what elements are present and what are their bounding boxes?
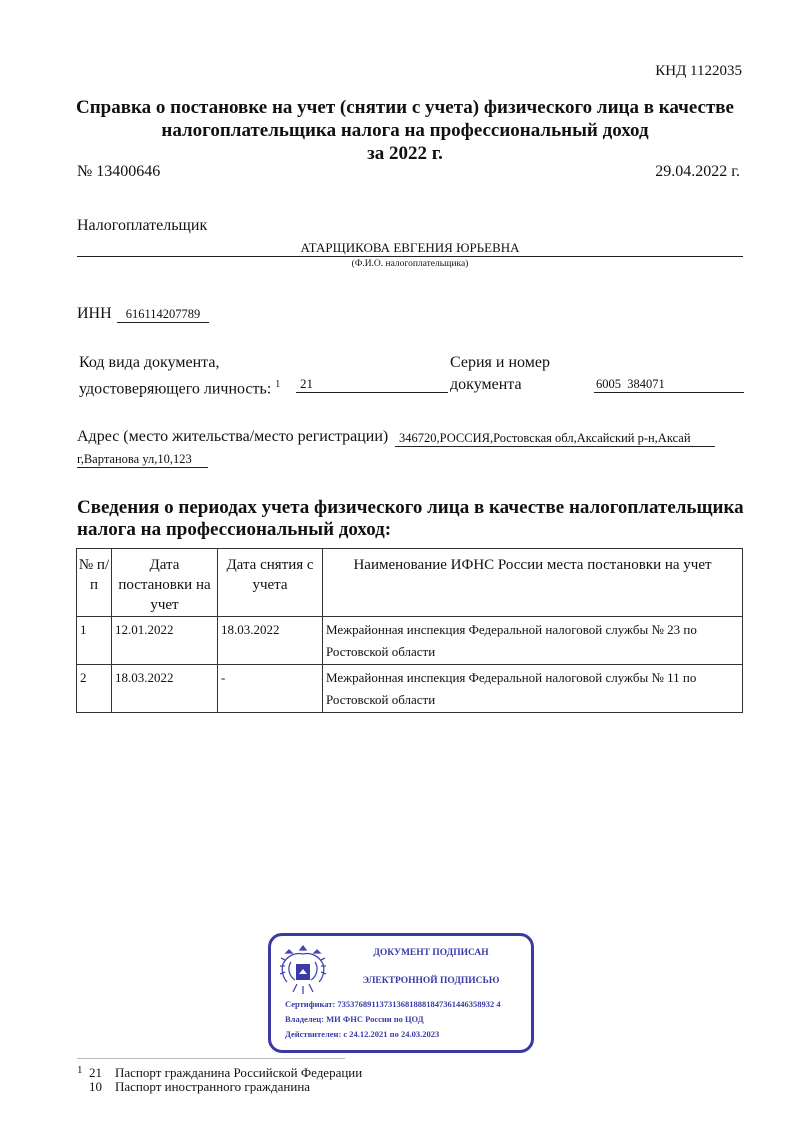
table-header-row: № п/п Дата постановки на учет Дата сняти… <box>77 549 743 617</box>
table-row: 1 12.01.2022 18.03.2022 Межрайонная инсп… <box>77 617 743 665</box>
column-header-deregistered: Дата снятия с учета <box>218 549 323 617</box>
inn-label: ИНН <box>77 305 112 323</box>
address-value-line-2: г,Вартанова ул,10,123 <box>77 452 208 468</box>
footnote-mark: 1 <box>77 1063 83 1077</box>
periods-section-title: Сведения о периодах учета физического ли… <box>77 497 757 541</box>
title-line-2: налогоплательщика налога на профессионал… <box>60 119 750 142</box>
series-label-line-1: Серия и номер <box>450 352 550 374</box>
footnote-text: Паспорт иностранного гражданина <box>115 1079 310 1094</box>
knd-code: КНД 1122035 <box>655 63 742 80</box>
document-number: № 13400646 <box>77 163 160 181</box>
address-value-line-1: 346720,РОССИЯ,Ростовская обл,Аксайский р… <box>395 431 715 447</box>
doc-code-label-line-2: удостоверяющего личность: 1 <box>79 374 280 400</box>
footnote-code: 10 <box>89 1080 115 1094</box>
address-label: Адрес (место жительства/место регистраци… <box>77 428 388 446</box>
stamp-certificate: Сертификат: 7353768911373136818881847361… <box>285 999 501 1009</box>
cell-registered: 18.03.2022 <box>112 665 218 713</box>
footnote: 1 21Паспорт гражданина Российской Федера… <box>77 1066 350 1094</box>
doc-code-label: Код вида документа, удостоверяющего личн… <box>79 352 280 400</box>
cell-number: 1 <box>77 617 112 665</box>
footnote-ref: 1 <box>275 379 280 390</box>
inn-value: 616114207789 <box>117 307 209 323</box>
title-line-1: Справка о постановке на учет (снятии с у… <box>60 96 750 119</box>
footnote-code: 21 <box>89 1066 115 1080</box>
column-header-inspection: Наименование ИФНС России места постановк… <box>323 549 743 617</box>
column-header-number: № п/п <box>77 549 112 617</box>
russian-coat-of-arms-icon <box>277 942 329 998</box>
doc-code-value: 21 <box>296 376 448 393</box>
electronic-signature-stamp: ДОКУМЕНТ ПОДПИСАН ЭЛЕКТРОННОЙ ПОДПИСЬЮ С… <box>268 933 534 1053</box>
cell-deregistered: 18.03.2022 <box>218 617 323 665</box>
series-number-label: Серия и номер документа <box>450 352 550 396</box>
periods-table: № п/п Дата постановки на учет Дата сняти… <box>76 548 743 713</box>
column-header-registered: Дата постановки на учет <box>112 549 218 617</box>
cell-deregistered: - <box>218 665 323 713</box>
cell-inspection: Межрайонная инспекция Федеральной налого… <box>323 617 743 665</box>
cell-number: 2 <box>77 665 112 713</box>
footnote-item: 21Паспорт гражданина Российской Федераци… <box>89 1066 362 1080</box>
doc-code-label-line-1: Код вида документа, <box>79 352 280 374</box>
stamp-line-2: ЭЛЕКТРОННОЙ ПОДПИСЬЮ <box>331 976 531 986</box>
stamp-line-1: ДОКУМЕНТ ПОДПИСАН <box>331 948 531 958</box>
series-number-value: 6005 384071 <box>594 376 744 393</box>
title-line-3: за 2022 г. <box>60 142 750 165</box>
footnote-divider <box>77 1058 345 1059</box>
cell-registered: 12.01.2022 <box>112 617 218 665</box>
taxpayer-name-caption: (Ф.И.О. налогоплательщика) <box>77 259 743 269</box>
document-date: 29.04.2022 г. <box>655 163 740 181</box>
document-title: Справка о постановке на учет (снятии с у… <box>60 96 750 165</box>
stamp-validity: Действителен: с 24.12.2021 по 24.03.2023 <box>285 1029 439 1039</box>
cell-inspection: Межрайонная инспекция Федеральной налого… <box>323 665 743 713</box>
footnote-item: 10Паспорт иностранного гражданина <box>89 1080 362 1094</box>
stamp-owner: Владелец: МИ ФНС России по ЦОД <box>285 1014 424 1024</box>
taxpayer-label: Налогоплательщик <box>77 217 207 235</box>
table-row: 2 18.03.2022 - Межрайонная инспекция Фед… <box>77 665 743 713</box>
series-label-line-2: документа <box>450 374 550 396</box>
doc-code-label-text: удостоверяющего личность: <box>79 380 271 397</box>
taxpayer-name: АТАРЩИКОВА ЕВГЕНИЯ ЮРЬЕВНА <box>77 240 743 257</box>
footnote-text: Паспорт гражданина Российской Федерации <box>115 1065 362 1080</box>
